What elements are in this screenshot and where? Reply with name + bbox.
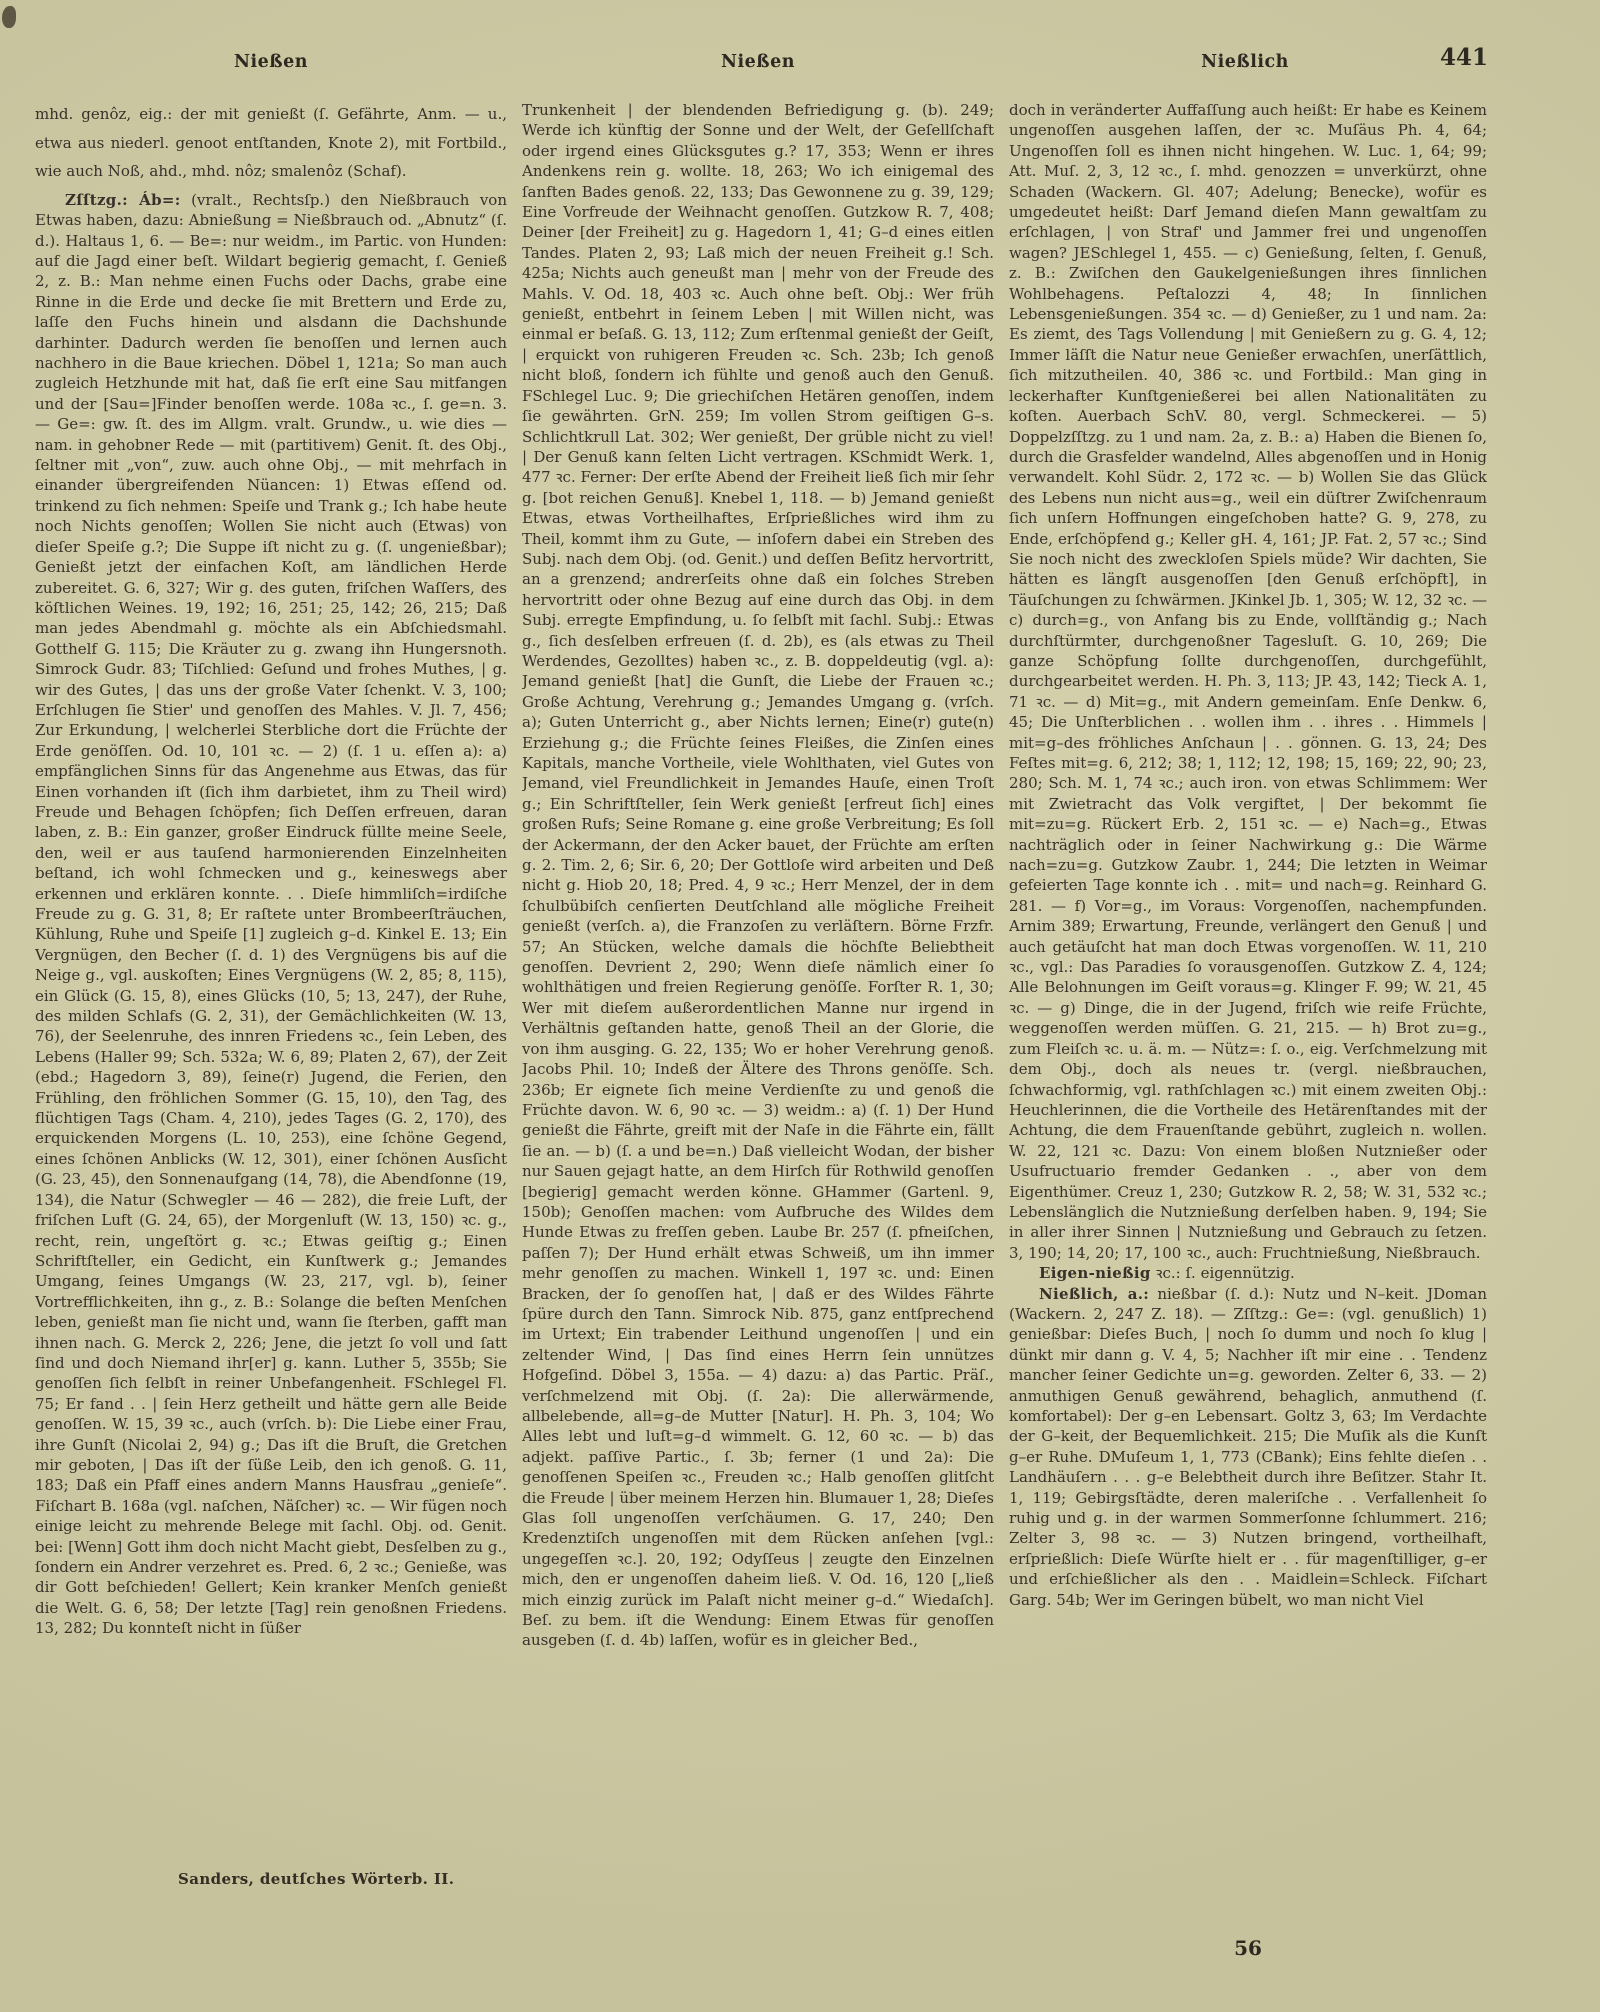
text-column-3: doch in veränderter Auffaſſung auch heiß… (1009, 100, 1487, 1610)
entry-lead-eigen-niessig: Eigen-nießig (1039, 1264, 1151, 1282)
printer-signature: Sanders, deutſches Wörterb. II. (178, 1870, 454, 1888)
scan-edge-mark (2, 6, 16, 28)
paragraph-zusammensetzungen: Zſſtzg.: Áb=: (vralt., Rechtsſp.) den Ni… (35, 190, 507, 1639)
paragraph-etymology: mhd. genôz, eig.: der mit genießt (ſ. Ge… (35, 100, 507, 186)
sheet-number: 56 (1009, 1936, 1487, 1960)
entry-eigen-niessig: Eigen-nießig ꝛc.: ſ. eigennützig. (1009, 1263, 1487, 1283)
entry-niesslich: Nießlich, a.: nießbar (ſ. d.): Nutz und … (1009, 1284, 1487, 1611)
paragraph-column2: Trunkenheit | der blendenden Befriedigun… (522, 100, 994, 1651)
entry-niesslich-text: nießbar (ſ. d.): Nutz und N–keit. JDoman… (1009, 1285, 1487, 1609)
text-column-2: Trunkenheit | der blendenden Befriedigun… (522, 100, 994, 1651)
entry-eigen-niessig-text: ꝛc.: ſ. eigennützig. (1155, 1264, 1294, 1282)
entry-lead-zsstzg: Zſſtzg.: Áb=: (65, 191, 181, 209)
paragraph-zusammensetzungen-text: (vralt., Rechtsſp.) den Nießbrauch von E… (35, 191, 507, 1637)
entry-lead-niesslich: Nießlich, a.: (1039, 1285, 1149, 1303)
text-column-1: mhd. genôz, eig.: der mit genießt (ſ. Ge… (35, 100, 507, 1639)
dictionary-page: Nießen Nießen Nießlich 441 mhd. genôz, e… (0, 0, 1600, 2012)
running-head-center: Nießen (522, 52, 994, 72)
running-head-left: Nießen (35, 52, 507, 72)
page-number: 441 (1408, 44, 1488, 71)
paragraph-column3: doch in veränderter Auffaſſung auch heiß… (1009, 100, 1487, 1263)
